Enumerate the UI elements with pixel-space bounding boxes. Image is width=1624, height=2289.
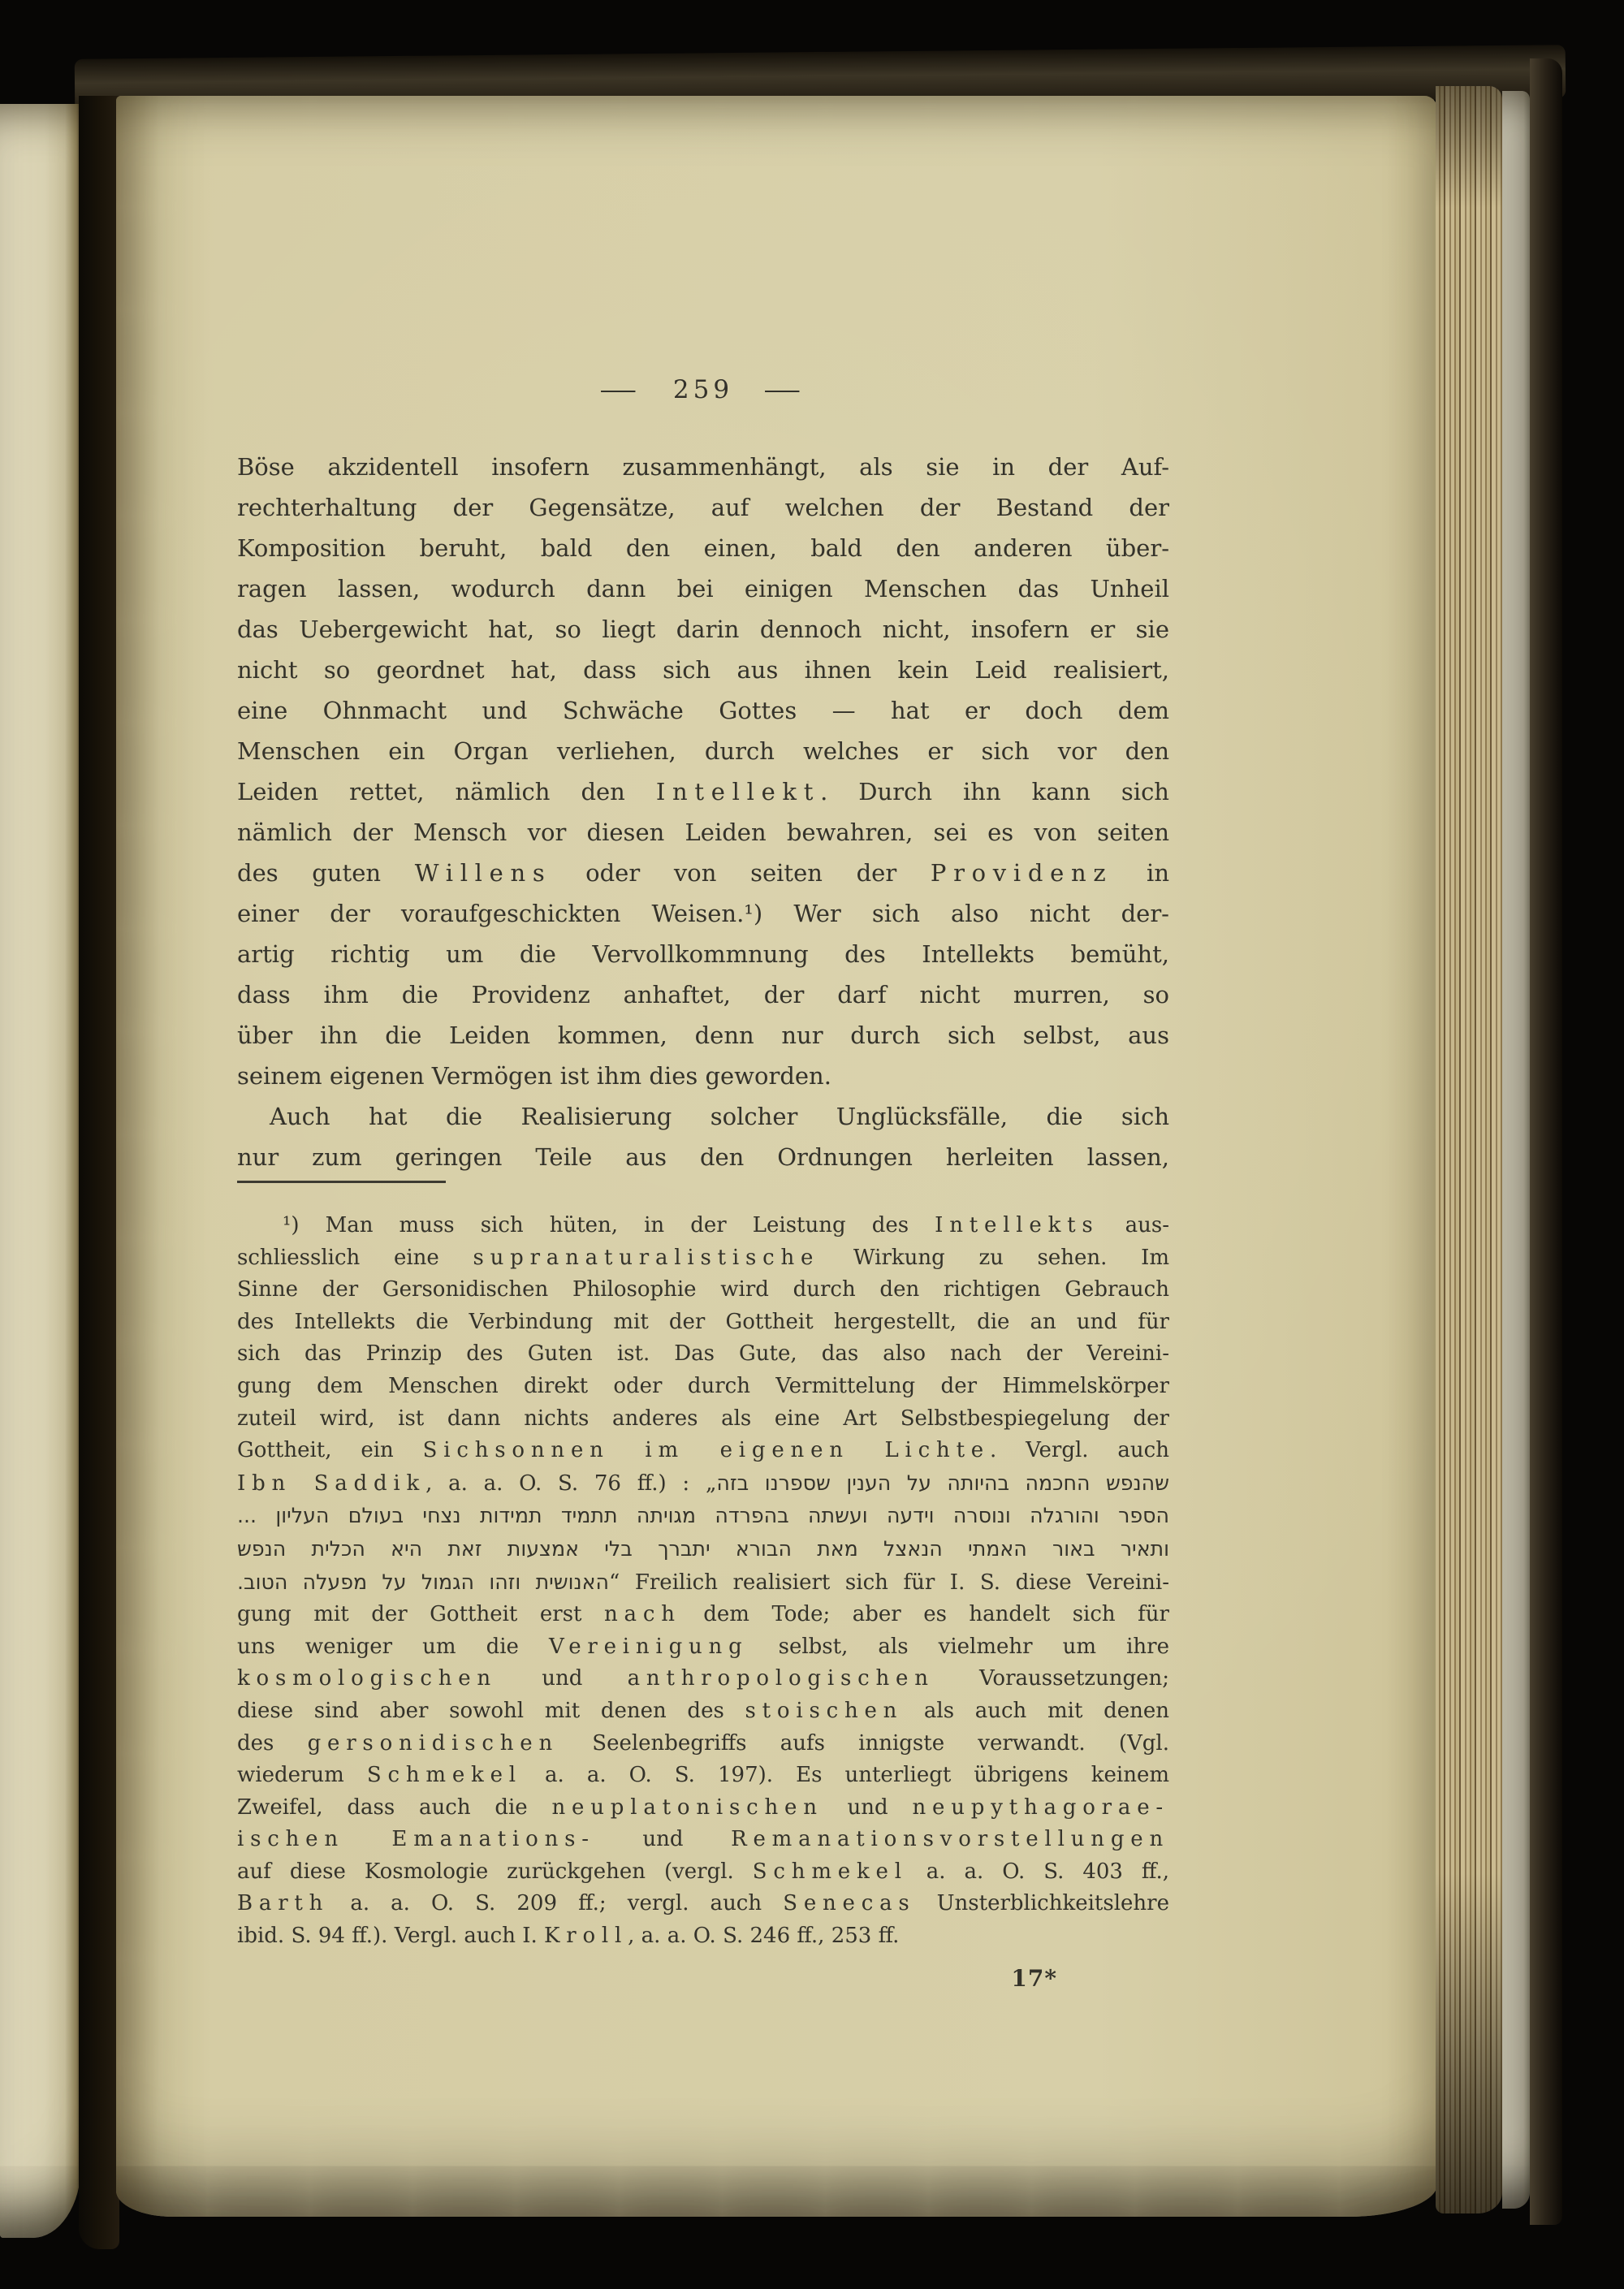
page-number: 259	[673, 375, 733, 404]
header-dash-left: —	[599, 375, 643, 404]
text-segment: neupythagorae-	[912, 1795, 1169, 1820]
text-segment: gersonidischen	[308, 1731, 559, 1756]
text-line: ragen lassen, wodurch dann bei einigen M…	[237, 568, 1169, 609]
text-segment: Providenz	[931, 859, 1112, 887]
text-line: Leiden rettet, nämlich den Intellekt. Du…	[237, 771, 1169, 812]
text-segment: Schmekel	[753, 1859, 908, 1884]
text-segment: ¹) Man muss sich hüten, in der Leistung …	[283, 1213, 935, 1237]
text-segment: Ibn Saddik	[237, 1471, 425, 1496]
footnote-separator	[237, 1181, 446, 1183]
text-line: הספר והורגלה ונוסרה וידעה ועשתה בהפרדה מ…	[237, 1500, 1169, 1533]
text-line: diese sind aber sowohl mit denen des sto…	[237, 1695, 1169, 1728]
text-segment: . Durch ihn kann sich	[820, 778, 1169, 805]
text-line: nämlich der Mensch vor diesen Leiden bew…	[237, 812, 1169, 853]
text-segment: seinem eigenen Vermögen ist ihm dies gew…	[237, 1062, 831, 1090]
hebrew-text-segment: שהנפש החכמה בהיותה על הענין שספרנו בזה	[716, 1471, 1169, 1495]
text-line: ischen Emanations- und Remanationsvorste…	[237, 1824, 1169, 1856]
text-line: uns weniger um die Vereinigung selbst, a…	[237, 1631, 1169, 1664]
text-line: Barth a. a. O. S. 209 ff.; vergl. auch S…	[237, 1888, 1169, 1920]
text-segment: nur zum geringen Teile aus den Ordnungen…	[237, 1143, 1169, 1171]
text-segment: , a. a. O. S. 76 ff.) : „	[425, 1471, 716, 1496]
text-segment: schliesslich eine	[237, 1246, 473, 1270]
text-line: wiederum Schmekel a. a. O. S. 197). Es u…	[237, 1760, 1169, 1792]
text-line: gung mit der Gottheit erst nach dem Tode…	[237, 1599, 1169, 1631]
text-segment: gung dem Menschen direkt oder durch Verm…	[237, 1374, 1169, 1398]
text-segment: Voraussetzungen;	[935, 1666, 1169, 1691]
text-segment: . Vergl. auch	[990, 1438, 1169, 1462]
text-line: nur zum geringen Teile aus den Ordnungen…	[237, 1137, 1169, 1177]
text-line: gung dem Menschen direkt oder durch Verm…	[237, 1371, 1169, 1403]
text-segment: Sinne der Gersonidischen Philosophie wir…	[237, 1277, 1169, 1302]
text-segment: Zweifel, dass auch die	[237, 1795, 551, 1820]
hebrew-text-segment: ותאיר באור האמתי הנאצל מאת הבורא יתברך ב…	[237, 1537, 1169, 1561]
text-segment: Menschen ein Organ verliehen, durch welc…	[237, 737, 1169, 765]
text-segment: , a. a. O. S. 246 ff., 253 ff.	[628, 1924, 899, 1948]
text-line: eine Ohnmacht und Schwäche Gottes — hat …	[237, 690, 1169, 731]
text-segment: Remanationsvorstellungen	[731, 1827, 1169, 1851]
text-line: einer der voraufgeschickten Weisen.¹) We…	[237, 893, 1169, 934]
text-segment: oder von seiten der	[551, 859, 930, 887]
text-line: des Intellekts die Verbindung mit der Go…	[237, 1306, 1169, 1339]
text-line: das Uebergewicht hat, so liegt darin den…	[237, 609, 1169, 650]
text-segment: Vereinigung	[549, 1635, 749, 1659]
text-line: ibid. S. 94 ff.). Vergl. auch I. Kroll, …	[237, 1920, 1169, 1953]
text-segment: dem Tode; aber es handelt sich für	[681, 1602, 1169, 1626]
text-line: schliesslich eine supranaturalistische W…	[237, 1242, 1169, 1275]
text-line: האנושית וזהו הגמול על מפעלה הטוב.“ Freil…	[237, 1566, 1169, 1600]
text-segment: Barth	[237, 1891, 329, 1915]
page-stack-edges	[1436, 86, 1502, 2213]
text-segment: Gottheit, ein	[237, 1438, 423, 1462]
text-segment: nicht so geordnet hat, dass sich aus ihn…	[237, 656, 1169, 684]
text-line: ותאיר באור האמתי הנאצל מאת הבורא יתברך ב…	[237, 1533, 1169, 1566]
text-line: Ibn Saddik, a. a. O. S. 76 ff.) : „שהנפש…	[237, 1467, 1169, 1501]
text-segment: Auch hat die Realisierung solcher Unglüc…	[270, 1103, 1169, 1130]
signature-mark: 17*	[237, 1965, 1169, 1992]
text-line: Auch hat die Realisierung solcher Unglüc…	[237, 1096, 1169, 1137]
text-line: dass ihm die Providenz anhaftet, der dar…	[237, 974, 1169, 1015]
text-line: kosmologischen und anthropologischen Vor…	[237, 1663, 1169, 1695]
text-line: des guten Willens oder von seiten der Pr…	[237, 853, 1169, 893]
text-segment: sich das Prinzip des Guten ist. Das Gute…	[237, 1341, 1169, 1366]
text-segment: zuteil wird, ist dann nichts anderes als…	[237, 1406, 1169, 1431]
gutter-shadow	[79, 96, 119, 2249]
text-segment: Sichsonnen im eigenen Lichte	[423, 1438, 990, 1462]
text-segment: Leiden rettet, nämlich den	[237, 778, 656, 805]
text-segment: Böse akzidentell insofern zusammenhängt,…	[237, 453, 1169, 481]
text-segment: auf diese Kosmologie zurückgehen (vergl.	[237, 1859, 753, 1884]
text-segment: Wirkung zu sehen. Im	[819, 1246, 1169, 1270]
text-segment: dass ihm die Providenz anhaftet, der dar…	[237, 981, 1169, 1008]
text-segment: des guten	[237, 859, 415, 887]
footnote-text: ¹) Man muss sich hüten, in der Leistung …	[237, 1210, 1169, 1953]
text-line: Sinne der Gersonidischen Philosophie wir…	[237, 1274, 1169, 1306]
text-segment: a. a. O. S. 197). Es unterliegt übrigens…	[522, 1763, 1169, 1787]
text-segment: Willens	[415, 859, 552, 887]
text-segment: eine Ohnmacht und Schwäche Gottes — hat …	[237, 697, 1169, 724]
text-segment: Intellekts	[935, 1213, 1099, 1237]
text-segment: neuplatonischen	[551, 1795, 823, 1820]
text-segment: selbst, als vielmehr um ihre	[749, 1635, 1169, 1659]
text-segment: uns weniger um die	[237, 1635, 549, 1659]
text-segment: kosmologischen	[237, 1666, 497, 1691]
text-line: des gersonidischen Seelenbegriffs aufs i…	[237, 1728, 1169, 1760]
main-text: Böse akzidentell insofern zusammenhängt,…	[237, 447, 1169, 1177]
book-cover-right-edge	[1530, 58, 1562, 2225]
text-segment: des Intellekts die Verbindung mit der Go…	[237, 1310, 1169, 1334]
text-segment: Intellekt	[656, 778, 820, 805]
page-number-header: —259—	[237, 375, 1169, 404]
text-segment: diese sind aber sowohl mit denen des	[237, 1699, 745, 1723]
text-line: Menschen ein Organ verliehen, durch welc…	[237, 731, 1169, 771]
text-segment: Seelenbegriffs aufs innigste verwandt. (…	[559, 1731, 1169, 1756]
text-line: zuteil wird, ist dann nichts anderes als…	[237, 1403, 1169, 1436]
text-segment: über ihn die Leiden kommen, denn nur dur…	[237, 1021, 1169, 1049]
text-segment: artig richtig um die Vervollkommnung des…	[237, 940, 1169, 968]
text-segment: nach	[604, 1602, 681, 1626]
text-segment: wiederum	[237, 1763, 367, 1787]
text-segment: Emanations-	[391, 1827, 594, 1851]
text-segment: Kroll	[544, 1924, 628, 1948]
text-line: rechterhaltung der Gegensätze, auf welch…	[237, 487, 1169, 528]
text-segment: gung mit der Gottheit erst	[237, 1602, 604, 1626]
book-page: —259— Böse akzidentell insofern zusammen…	[116, 96, 1437, 2217]
outer-page-edge	[1502, 91, 1530, 2209]
text-segment: in	[1112, 859, 1169, 887]
facing-page-edge	[0, 104, 81, 2238]
text-segment: Komposition beruht, bald den einen, bald…	[237, 534, 1169, 562]
text-segment: a. a. O. S. 209 ff.; vergl. auch	[329, 1891, 783, 1915]
text-segment: “ Freilich realisiert sich für I. S. die…	[609, 1570, 1169, 1595]
text-line: sich das Prinzip des Guten ist. Das Gute…	[237, 1338, 1169, 1371]
text-line: Gottheit, ein Sichsonnen im eigenen Lich…	[237, 1435, 1169, 1467]
text-segment: rechterhaltung der Gegensätze, auf welch…	[237, 494, 1169, 521]
text-segment: Unsterblichkeitslehre	[916, 1891, 1169, 1915]
text-line: artig richtig um die Vervollkommnung des…	[237, 934, 1169, 974]
text-segment: und	[497, 1666, 628, 1691]
text-line: ¹) Man muss sich hüten, in der Leistung …	[237, 1210, 1169, 1242]
hebrew-text-segment: הספר והורגלה ונוסרה וידעה ועשתה בהפרדה מ…	[237, 1504, 1169, 1527]
text-segment: des	[237, 1731, 308, 1756]
text-segment: und	[595, 1827, 731, 1851]
text-line: Komposition beruht, bald den einen, bald…	[237, 528, 1169, 568]
text-segment: Senecas	[783, 1891, 915, 1915]
header-dash-right: —	[763, 375, 807, 404]
text-line: seinem eigenen Vermögen ist ihm dies gew…	[237, 1056, 1169, 1096]
text-line: nicht so geordnet hat, dass sich aus ihn…	[237, 650, 1169, 690]
text-segment: nämlich der Mensch vor diesen Leiden bew…	[237, 818, 1169, 846]
text-segment: einer der voraufgeschickten Weisen.¹) We…	[237, 900, 1169, 927]
text-segment: stoischen	[745, 1699, 903, 1723]
text-segment: und	[823, 1795, 913, 1820]
text-segment	[344, 1827, 392, 1851]
text-line: Böse akzidentell insofern zusammenhängt,…	[237, 447, 1169, 487]
text-segment: supranaturalistische	[473, 1246, 819, 1270]
text-segment: Schmekel	[367, 1763, 522, 1787]
text-segment: anthropologischen	[628, 1666, 935, 1691]
text-segment: ragen lassen, wodurch dann bei einigen M…	[237, 575, 1169, 602]
text-line: auf diese Kosmologie zurückgehen (vergl.…	[237, 1856, 1169, 1889]
text-segment: als auch mit denen	[903, 1699, 1169, 1723]
text-segment: aus-	[1099, 1213, 1169, 1237]
text-segment: das Uebergewicht hat, so liegt darin den…	[237, 615, 1169, 643]
text-line: Zweifel, dass auch die neuplatonischen u…	[237, 1792, 1169, 1825]
text-segment: ibid. S. 94 ff.). Vergl. auch I.	[237, 1924, 544, 1948]
hebrew-text-segment: האנושית וזהו הגמול על מפעלה הטוב.	[237, 1570, 609, 1594]
text-block: —259— Böse akzidentell insofern zusammen…	[237, 96, 1169, 2217]
text-line: über ihn die Leiden kommen, denn nur dur…	[237, 1015, 1169, 1056]
text-segment: ischen	[237, 1827, 344, 1851]
text-segment: a. a. O. S. 403 ff.,	[908, 1859, 1169, 1884]
